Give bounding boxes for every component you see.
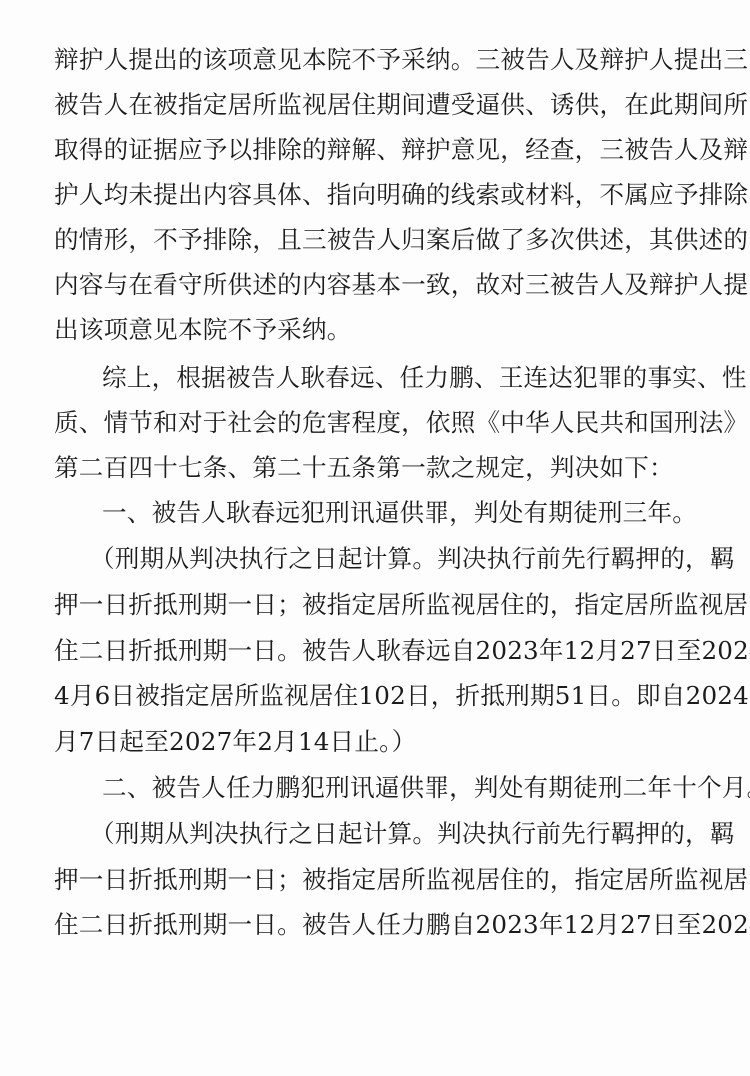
text-line-19: 押一日折抵刑期一日；被指定居所监视居住的，指定居所监视居 [54, 860, 696, 900]
text-line-10: 第二百四十七条、第二十五条第一款之规定，判决如下： [54, 448, 696, 488]
text-line-15: 4月6日被指定居所监视居住102日，折抵刑期51日。即自2024年4 [54, 676, 696, 716]
text-line-2: 被告人在被指定居所监视居住期间遭受逼供、诱供，在此期间所 [54, 85, 696, 125]
text-line-13: 押一日折抵刑期一日；被指定居所监视居住的，指定居所监视居 [54, 585, 696, 625]
verdict-item-2: 二、被告人任力鹏犯刑讯逼供罪，判处有期徒刑二年十个月。 [102, 768, 696, 808]
summary-paragraph-start: 综上，根据被告人耿春远、任力鹏、王连达犯罪的事实、性 [102, 358, 696, 398]
verdict-item-1: 一、被告人耿春远犯刑讯逼供罪，判处有期徒刑三年。 [102, 493, 696, 533]
text-line-4: 护人均未提出内容具体、指向明确的线索或材料，不属应予排除 [54, 175, 696, 215]
text-line-6: 内容与在看守所供述的内容基本一致，故对三被告人及辩护人提 [54, 265, 696, 305]
text-line-20: 住二日折抵刑期一日。被告人任力鹏自2023年12月27日至2024年 [54, 905, 696, 945]
text-line-16: 月7日起至2027年2月14日止。） [54, 722, 696, 762]
text-line-9: 质、情节和对于社会的危害程度，依照《中华人民共和国刑法》 [54, 403, 696, 443]
document-page: 辩护人提出的该项意见本院不予采纳。三被告人及辩护人提出三 被告人在被指定居所监视… [0, 0, 750, 1076]
verdict-item-2-note-start: （刑期从判决执行之日起计算。判决执行前先行羁押的，羁 [90, 814, 696, 854]
text-line-5: 的情形，不予排除，且三被告人归案后做了多次供述，其供述的 [54, 220, 696, 260]
text-line-7: 出该项意见本院不予采纳。 [54, 310, 696, 350]
text-line-14: 住二日折抵刑期一日。被告人耿春远自2023年12月27日至2024年 [54, 631, 696, 671]
text-line-1: 辩护人提出的该项意见本院不予采纳。三被告人及辩护人提出三 [54, 40, 696, 80]
text-line-3: 取得的证据应予以排除的辩解、辩护意见，经查，三被告人及辩 [54, 130, 696, 170]
verdict-item-1-note-start: （刑期从判决执行之日起计算。判决执行前先行羁押的，羁 [90, 539, 696, 579]
